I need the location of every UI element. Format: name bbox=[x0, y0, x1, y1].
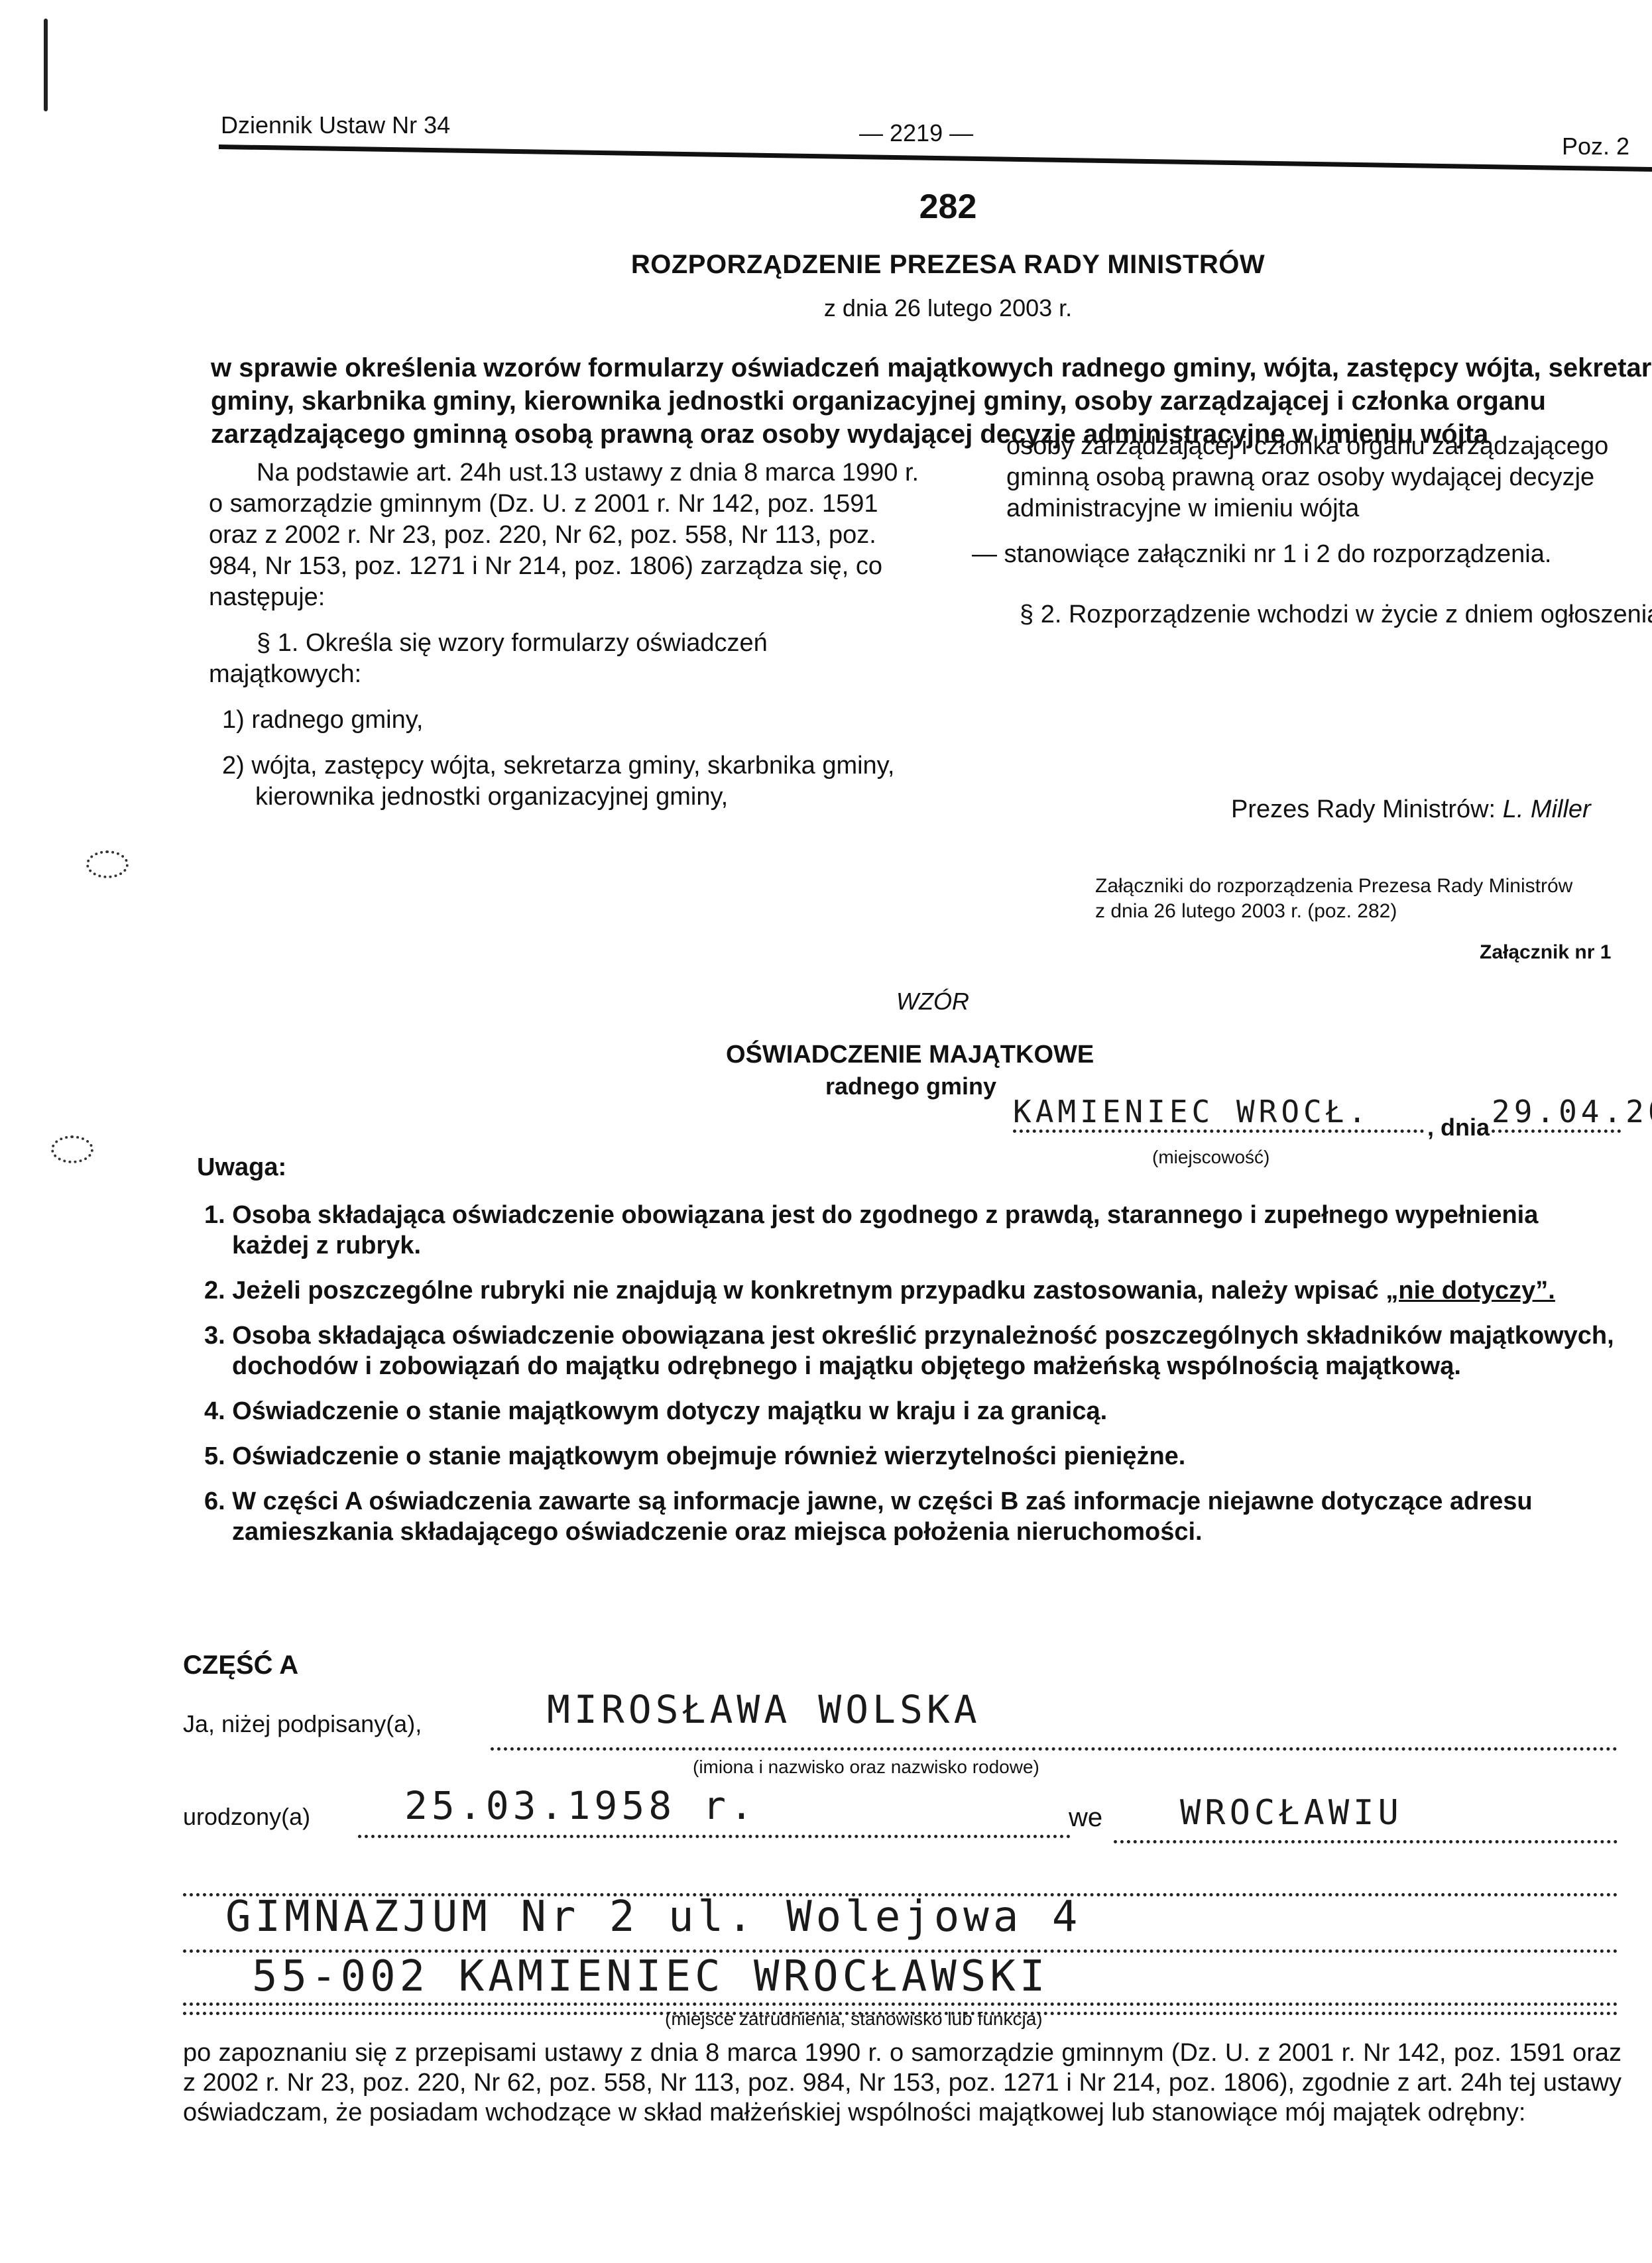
form-title: OŚWIADCZENIE MAJĄTKOWE bbox=[726, 1041, 1094, 1069]
act-number: 282 bbox=[0, 187, 1652, 227]
note-item: 2. Jeżeli poszczególne rubryki nie znajd… bbox=[199, 1275, 1618, 1306]
section-1: § 1. Określa się wzory formularzy oświad… bbox=[209, 628, 925, 690]
employment-caption: (miejsce zatrudnienia, stanowisko lub fu… bbox=[665, 2008, 1043, 2030]
note-item: 4. Oświadczenie o stanie majątkowym doty… bbox=[199, 1396, 1618, 1426]
annex-label: Załącznik nr 1 bbox=[1480, 941, 1611, 964]
annex-note: Załączniki do rozporządzenia Prezesa Rad… bbox=[1095, 874, 1572, 924]
punch-hole-icon bbox=[86, 850, 129, 878]
header-rule bbox=[219, 145, 1652, 172]
act-title: ROZPORZĄDZENIE PREZESA RADY MINISTRÓW bbox=[0, 250, 1652, 280]
note-item: 5. Oświadczenie o stanie majątkowym obej… bbox=[199, 1441, 1618, 1472]
closing-statement: po zapoznaniu się z przepisami ustawy z … bbox=[183, 2038, 1622, 2128]
date-field[interactable]: 29.04.2005 bbox=[1492, 1094, 1621, 1133]
name-caption: (imiona i nazwisko oraz nazwisko rodowe) bbox=[693, 1757, 1039, 1778]
name-value: MIROSŁAWA WOLSKA bbox=[547, 1687, 981, 1732]
birth-label: urodzony(a) bbox=[183, 1803, 310, 1831]
note-quote: „nie dotyczy”. bbox=[1386, 1277, 1555, 1305]
place-field[interactable]: KAMIENIEC WROCŁ. bbox=[1013, 1094, 1424, 1133]
right-column: osoby zarządzającej i członka organu zar… bbox=[972, 431, 1652, 630]
employment-value-line2: 55-002 KAMIENIEC WROCŁAWSKI bbox=[252, 1952, 1049, 2001]
date-label: , dnia bbox=[1427, 1114, 1490, 1141]
list-item: 2) wójta, zastępcy wójta, sekretarza gmi… bbox=[222, 750, 925, 813]
section-2: § 2. Rozporządzenie wchodzi w życie z dn… bbox=[972, 599, 1652, 630]
part-a-heading: CZĘŚĆ A bbox=[183, 1651, 298, 1680]
annex-reference: — stanowiące załączniki nr 1 i 2 do rozp… bbox=[972, 539, 1652, 570]
position-number: Poz. 2 bbox=[1562, 133, 1629, 160]
left-column: Na podstawie art. 24h ust.13 ustawy z dn… bbox=[209, 457, 925, 813]
birth-place-label: we bbox=[1069, 1803, 1102, 1833]
punch-hole-icon bbox=[51, 1135, 93, 1163]
binder-margin-mark bbox=[44, 19, 48, 111]
list-item-continuation: osoby zarządzającej i członka organu zar… bbox=[972, 431, 1652, 524]
notes-list: 1. Osoba składająca oświadczenie obowiąz… bbox=[199, 1200, 1618, 1562]
name-label: Ja, niżej podpisany(a), bbox=[183, 1710, 422, 1738]
signature: Prezes Rady Ministrów: L. Miller bbox=[1231, 795, 1591, 824]
blank-field-line[interactable] bbox=[183, 1863, 1618, 1896]
form-subtitle: radnego gminy bbox=[825, 1073, 996, 1100]
template-label: WZÓR bbox=[896, 988, 969, 1015]
signature-role: Prezes Rady Ministrów: bbox=[1231, 795, 1496, 823]
preamble: Na podstawie art. 24h ust.13 ustawy z dn… bbox=[209, 457, 925, 613]
annex-note-line: z dnia 26 lutego 2003 r. (poz. 282) bbox=[1095, 899, 1572, 924]
note-text: 2. Jeżeli poszczególne rubryki nie znajd… bbox=[204, 1277, 1379, 1305]
place-caption: (miejscowość) bbox=[1152, 1147, 1269, 1168]
note-item: 6. W części A oświadczenia zawarte są in… bbox=[199, 1486, 1618, 1547]
note-item: 3. Osoba składająca oświadczenie obowiąz… bbox=[199, 1320, 1618, 1381]
list-item: 1) radnego gminy, bbox=[222, 705, 925, 736]
annex-note-line: Załączniki do rozporządzenia Prezesa Rad… bbox=[1095, 874, 1572, 899]
act-date: z dnia 26 lutego 2003 r. bbox=[0, 294, 1652, 322]
birth-place-value: WROCŁAWIU bbox=[1180, 1793, 1403, 1833]
notes-heading: Uwaga: bbox=[197, 1153, 286, 1182]
employment-value-line1: GIMNAZJUM Nr 2 ul. Wolejowa 4 bbox=[225, 1892, 1081, 1942]
page-number: — 2219 — bbox=[859, 119, 973, 147]
birth-date-value: 25.03.1958 r. bbox=[404, 1783, 757, 1828]
note-item: 1. Osoba składająca oświadczenie obowiąz… bbox=[199, 1200, 1618, 1261]
signature-name: L. Miller bbox=[1503, 795, 1591, 823]
journal-name: Dziennik Ustaw Nr 34 bbox=[221, 111, 450, 139]
